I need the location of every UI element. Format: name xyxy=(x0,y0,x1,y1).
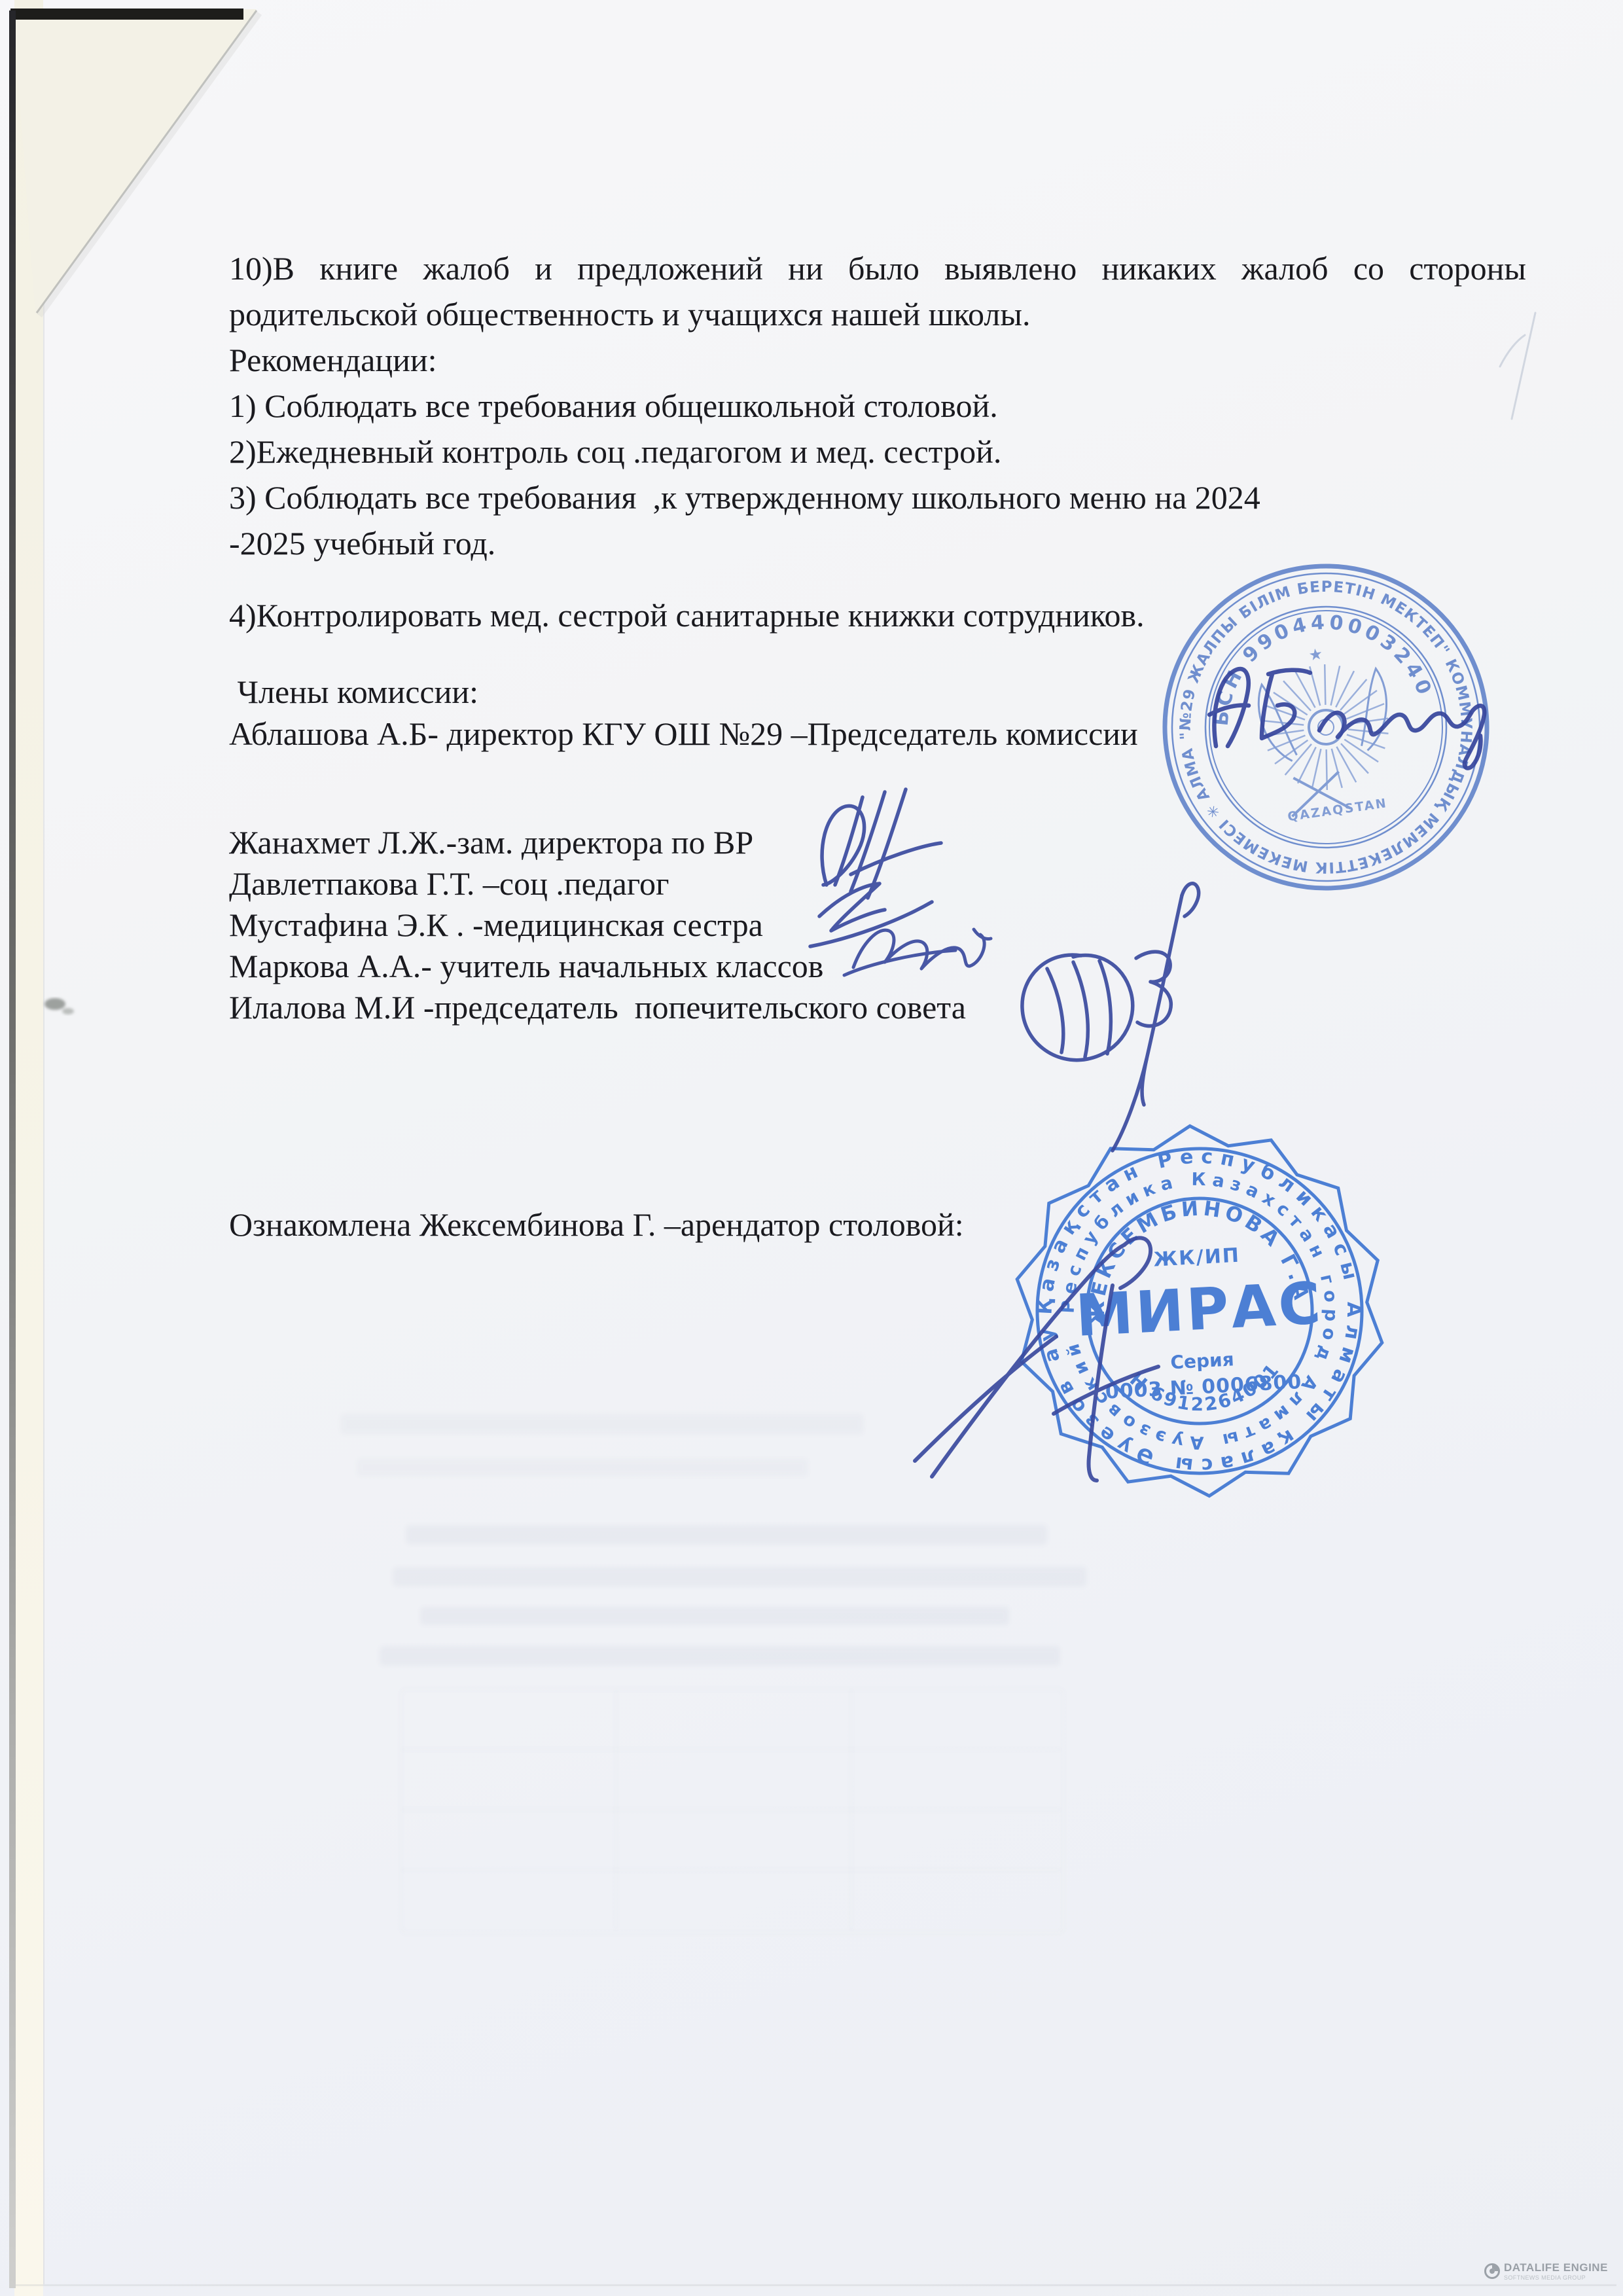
watermark-title: DATALIFE ENGINE xyxy=(1504,2262,1608,2273)
scan-left-margin xyxy=(14,0,43,2296)
body-text-line: родительской общественность и учащихся н… xyxy=(229,295,1526,334)
svg-text:ИИН 691226400129: ИИН 691226400129 xyxy=(1121,1290,1286,1420)
vendor-stamp-series-number: 0003 № 0006800 xyxy=(1105,1371,1302,1404)
body-text-line: 10)В книге жалоб и предложений ни было в… xyxy=(229,249,1526,288)
bleed-through-rule xyxy=(615,1689,616,1931)
bleed-through-row xyxy=(357,1458,808,1477)
vendor-stamp-scalloped-border xyxy=(1010,1117,1390,1505)
bleed-through-row xyxy=(406,1525,1047,1545)
vendor-stamp-name-text: МИРАС xyxy=(1074,1269,1325,1350)
vendor-stamp-type-text: ЖК/ИП xyxy=(1153,1244,1241,1272)
bleed-through-rule xyxy=(401,1869,1061,1871)
bleed-through-rule xyxy=(851,1689,852,1931)
vendor-stamp-iin-text: ИИН 691226400129 xyxy=(1121,1290,1286,1420)
member-line: Давлетпакова Г.Т. –соц .педагог xyxy=(229,865,1526,903)
svg-text:Қазақстан Республикасы Алматы: Қазақстан Республикасы Алматы қаласы Әуе… xyxy=(1026,1137,1374,1485)
signature-zheksembinova xyxy=(915,1238,1158,1480)
emblem-star-icon: ★ xyxy=(1308,645,1324,665)
bleed-through-rule xyxy=(401,1809,1061,1810)
bleed-through-rule xyxy=(401,1749,1061,1750)
datalife-watermark: DATALIFE ENGINE SOFTNEWS MEDIA GROUP xyxy=(1484,2257,1615,2286)
bleed-through-row xyxy=(380,1646,1060,1666)
acknowledgement-line: Ознакомлена Жексембинова Г. –арендатор с… xyxy=(229,1206,1526,1244)
member-line: Илалова М.И -председатель попечительског… xyxy=(229,988,1526,1027)
scanned-document-page: 10)В книге жалоб и предложений ни было в… xyxy=(0,0,1623,2296)
body-text-line: 4)Контролировать мед. сестрой санитарные… xyxy=(229,596,1526,635)
watermark-subtitle: SOFTNEWS MEDIA GROUP xyxy=(1504,2275,1608,2281)
body-text-line: -2025 учебный год. xyxy=(229,524,1526,563)
member-line: Маркова А.А.- учитель начальных классов xyxy=(229,947,1526,986)
chair-signature-line: Аблашова А.Б- директор КГУ ОШ №29 –Предс… xyxy=(229,715,1526,753)
member-line: Жанахмет Л.Ж.-зам. директора по ВР xyxy=(229,823,1526,862)
bleed-through-row xyxy=(393,1567,1086,1587)
body-text-line: 1) Соблюдать все требования общешкольной… xyxy=(229,387,1526,425)
emblem-banner-text: QAZAQSTAN xyxy=(1287,796,1388,824)
bleed-through-row xyxy=(420,1607,1009,1625)
body-text-line: Рекомендации: xyxy=(229,341,1526,380)
vendor-stamp-series-label: Серия xyxy=(1170,1348,1235,1373)
folded-corner xyxy=(0,0,327,340)
vendor-round-stamp: Қазақстан Республикасы Алматы қаласы Әуе… xyxy=(1010,1117,1390,1505)
committee-heading: Члены комиссии: xyxy=(229,673,1526,711)
bleed-through-row xyxy=(340,1414,864,1435)
body-text-line: 3) Соблюдать все требования ,к утвержден… xyxy=(229,478,1526,517)
ink-smudge xyxy=(45,998,74,1014)
page-left-edge-seam xyxy=(43,281,45,2284)
page-bottom-edge xyxy=(16,2284,1616,2286)
scanner-edge-left xyxy=(9,10,16,2288)
member-line: Мустафина Э.К . -медицинская сестра xyxy=(229,906,1526,944)
vendor-stamp-kazakh-ring-text: Қазақстан Республикасы Алматы қаласы Әуе… xyxy=(1026,1137,1374,1485)
scanner-edge-top xyxy=(10,9,243,20)
watermark-eye-icon xyxy=(1484,2263,1500,2279)
body-text-line: 2)Ежедневный контроль соц .педагогом и м… xyxy=(229,433,1526,471)
bleed-through-table xyxy=(401,1689,1064,1933)
